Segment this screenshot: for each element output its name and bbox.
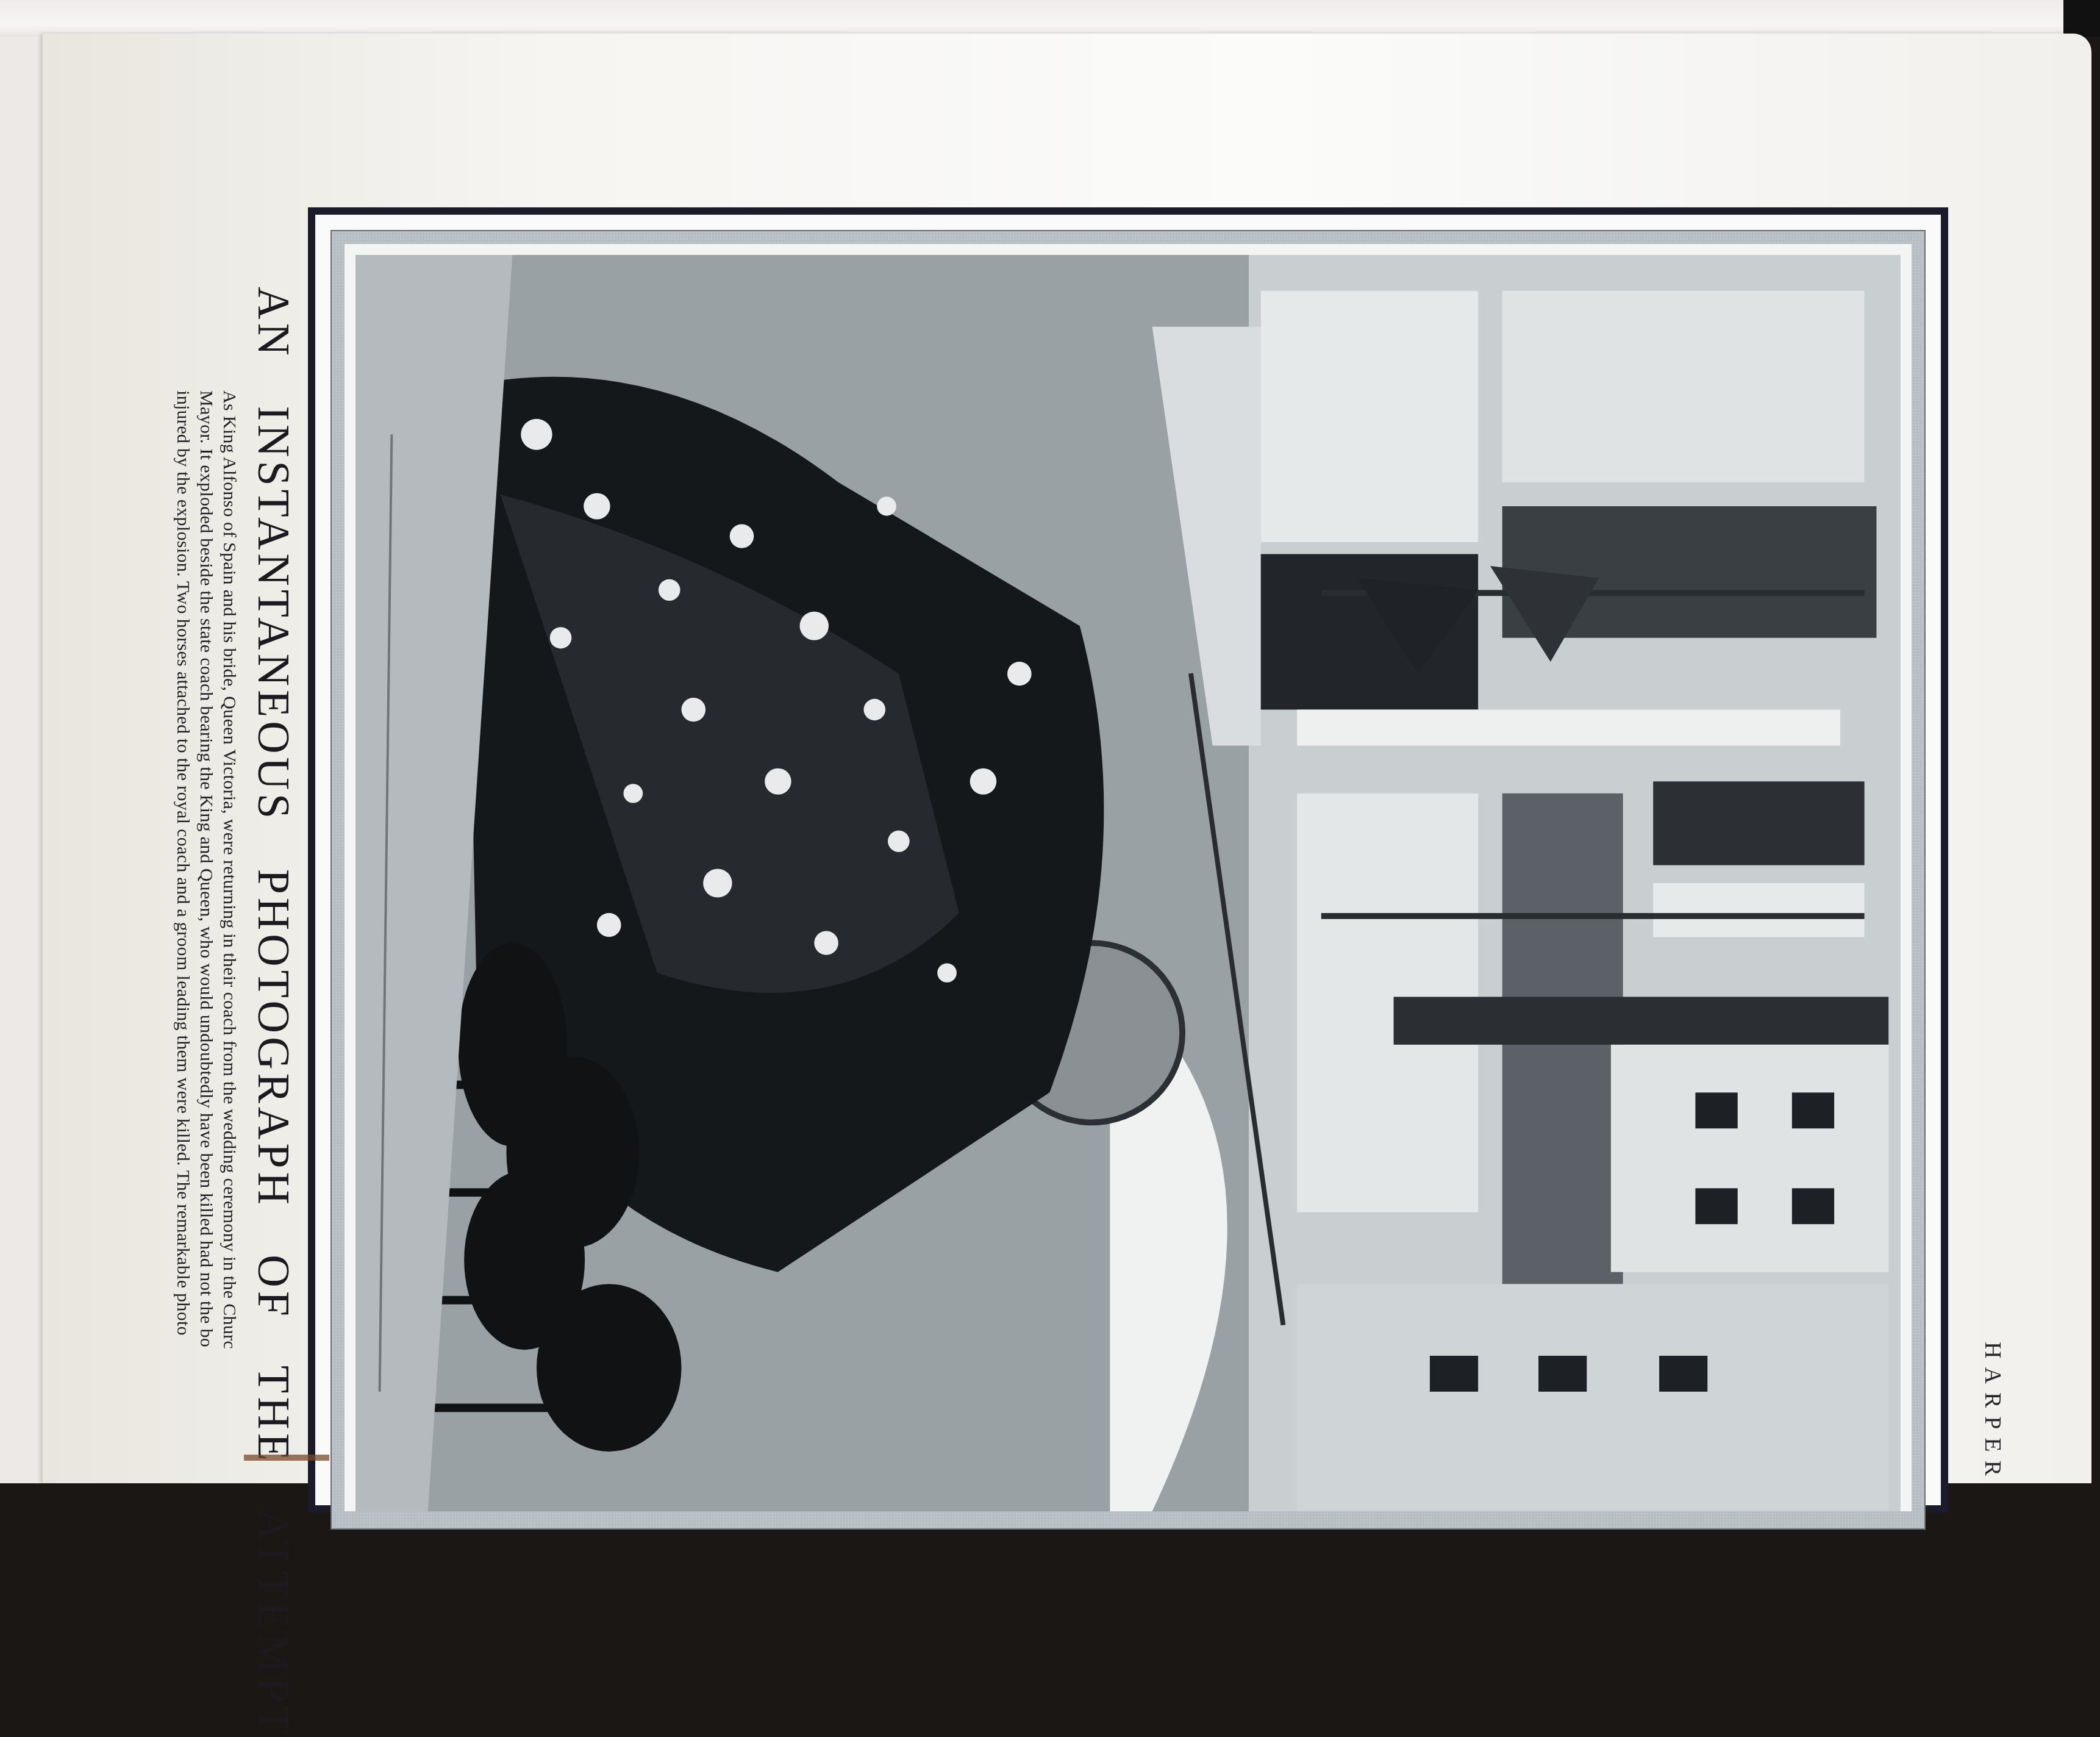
running-header: HARPER: [1979, 1342, 2006, 1483]
page-fold-edge: [0, 0, 2100, 37]
headline: AN INSTANTANEOUS PHOTOGRAPH OF THE ATTEM…: [247, 287, 299, 1483]
photo-frame: [308, 207, 1948, 1483]
photograph: [355, 255, 1901, 1483]
caption-line-3: injured by the explosion. Two horses att…: [171, 390, 195, 1349]
caption-line-1: As King Alfonso of Spain and his bride, …: [218, 390, 241, 1349]
caption-line-2: Mayor. It exploded beside the state coac…: [195, 390, 218, 1349]
photo-inner-border: [345, 244, 1912, 1483]
photograph-icon: [355, 255, 1901, 1483]
staple-mark: [244, 1455, 329, 1461]
background-corner: [2063, 0, 2100, 37]
caption: As King Alfonso of Spain and his bride, …: [171, 390, 241, 1349]
